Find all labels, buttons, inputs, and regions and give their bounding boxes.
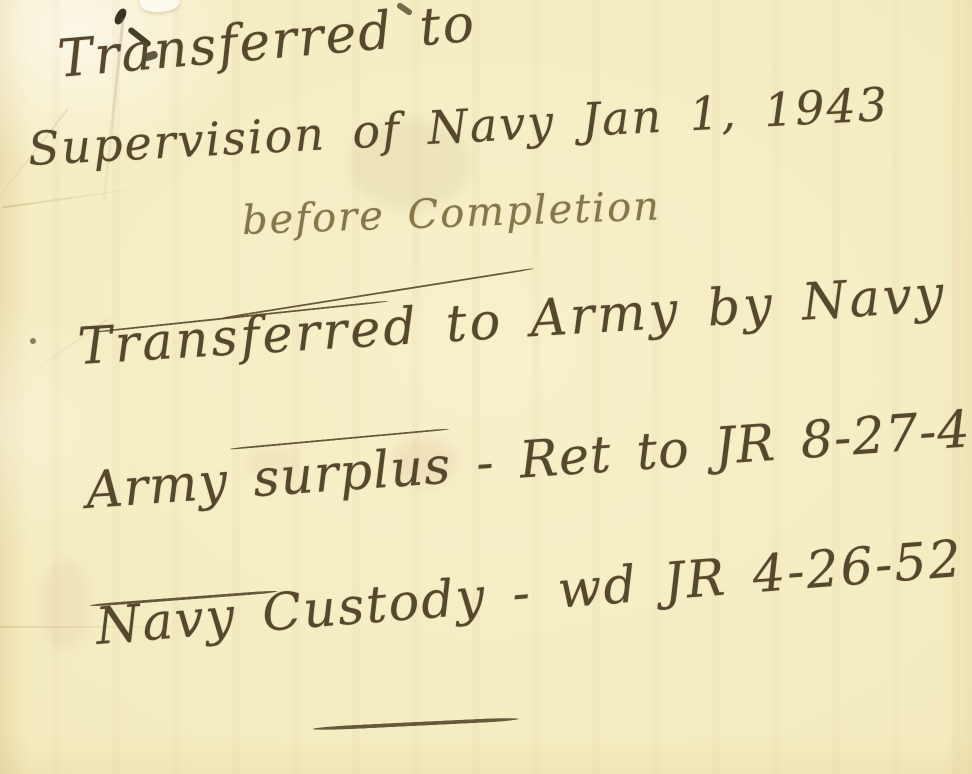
handwritten-line-before-completion: before Completion	[241, 183, 661, 244]
handwritten-line-supervision-of-navy-date: Supervision of Navy Jan 1, 1943	[27, 77, 891, 176]
paper-smudge	[40, 560, 90, 650]
handwritten-line-transferred-to-army-by-navy: Transferred to Army by Navy	[76, 265, 948, 377]
handwritten-line-navy-custody-wd: Navy Custody - wd JR 4-26-52	[94, 530, 965, 657]
paper-crease	[3, 186, 152, 209]
paper-tear-mark	[139, 0, 180, 13]
scanned-note-page: Transferred to Supervision of Navy Jan 1…	[0, 0, 972, 774]
underline-stroke-navy-custody	[313, 717, 519, 731]
handwritten-line-transferred-to: Transferred to	[55, 0, 478, 90]
ink-dot-mark	[30, 338, 36, 344]
handwritten-line-army-surplus-ret: Army surplus - Ret to JR 8-27-47	[84, 398, 972, 521]
